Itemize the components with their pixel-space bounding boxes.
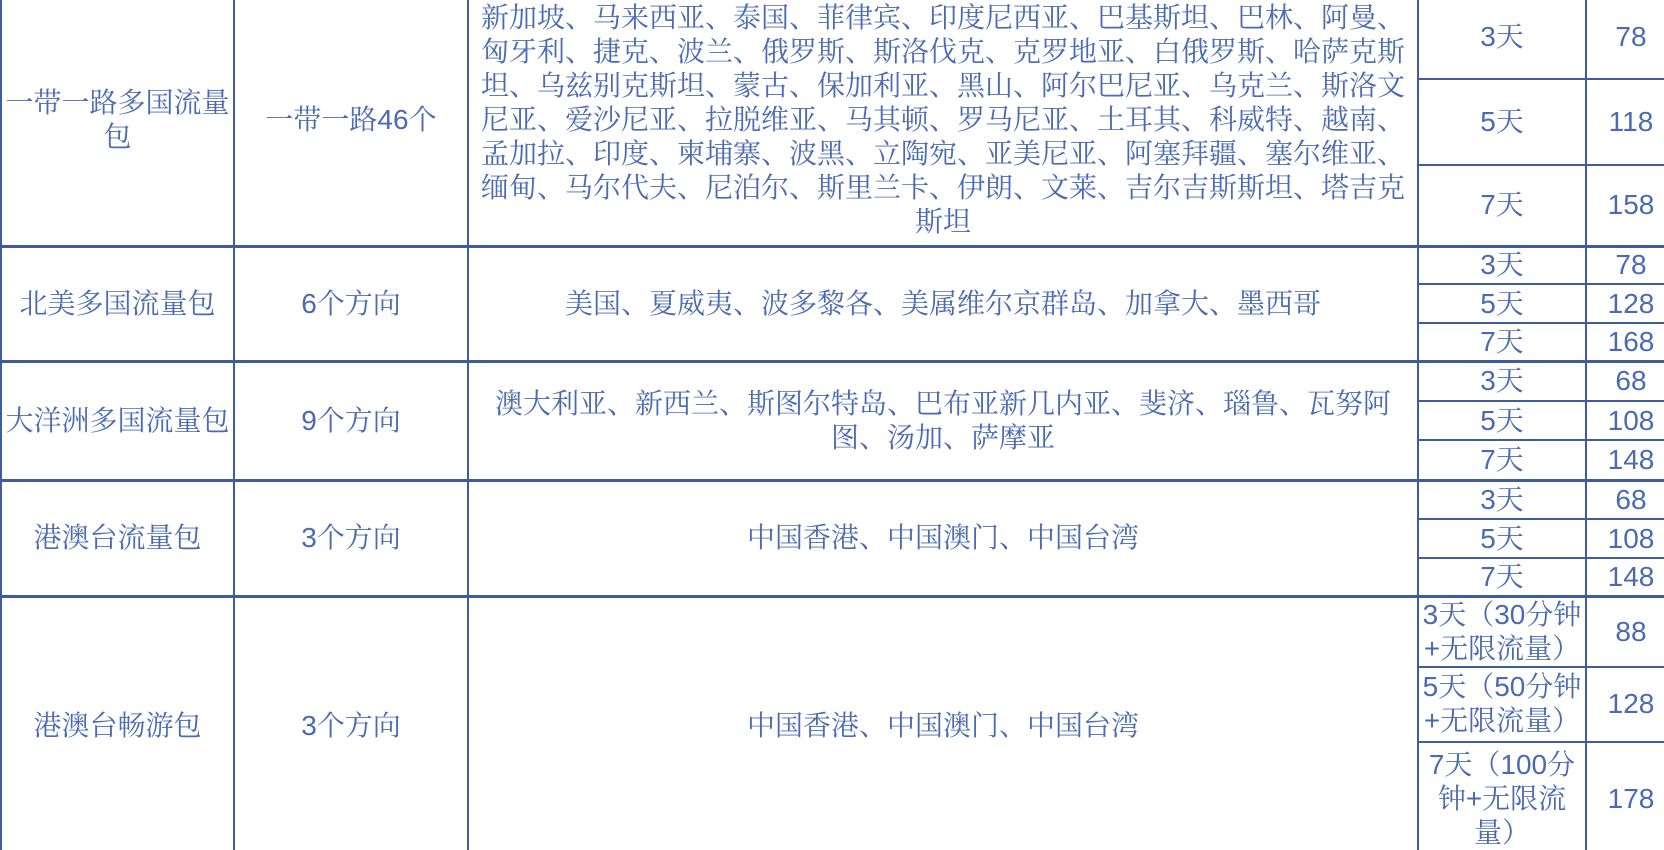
price-cell: 158 — [1586, 165, 1664, 246]
duration-cell: 3天（30分钟+无限流量） — [1418, 596, 1586, 667]
table-row: 一带一路多国流量包 一带一路46个 新加坡、马来西亚、泰国、菲律宾、印度尼西亚、… — [1, 0, 1664, 79]
package-name-cell: 大洋洲多国流量包 — [1, 361, 234, 480]
duration-cell: 5天 — [1418, 401, 1586, 440]
duration-cell: 7天 — [1418, 165, 1586, 246]
price-cell: 78 — [1586, 0, 1664, 79]
price-cell: 108 — [1586, 519, 1664, 558]
duration-cell: 3天 — [1418, 361, 1586, 401]
directions-cell: 6个方向 — [234, 246, 468, 361]
package-name-cell: 一带一路多国流量包 — [1, 0, 234, 246]
price-cell: 68 — [1586, 480, 1664, 519]
duration-cell: 7天 — [1418, 558, 1586, 596]
price-cell: 68 — [1586, 361, 1664, 401]
price-cell: 118 — [1586, 79, 1664, 165]
coverage-cell: 澳大利亚、新西兰、斯图尔特岛、巴布亚新几内亚、斐济、瑙鲁、瓦努阿图、汤加、萨摩亚 — [468, 361, 1418, 480]
duration-cell: 7天（100分钟+无限流量） — [1418, 742, 1586, 850]
coverage-cell: 新加坡、马来西亚、泰国、菲律宾、印度尼西亚、巴基斯坦、巴林、阿曼、匈牙利、捷克、… — [468, 0, 1418, 246]
package-name-cell: 北美多国流量包 — [1, 246, 234, 361]
coverage-cell: 中国香港、中国澳门、中国台湾 — [468, 596, 1418, 850]
directions-cell: 9个方向 — [234, 361, 468, 480]
price-cell: 88 — [1586, 596, 1664, 667]
duration-cell: 3天 — [1418, 246, 1586, 284]
package-name-cell: 港澳台流量包 — [1, 480, 234, 596]
price-cell: 148 — [1586, 440, 1664, 480]
directions-cell: 一带一路46个 — [234, 0, 468, 246]
coverage-cell: 中国香港、中国澳门、中国台湾 — [468, 480, 1418, 596]
duration-cell: 5天 — [1418, 284, 1586, 323]
table-row: 港澳台流量包 3个方向 中国香港、中国澳门、中国台湾 3天 68 — [1, 480, 1664, 519]
table-row: 北美多国流量包 6个方向 美国、夏威夷、波多黎各、美属维尔京群岛、加拿大、墨西哥… — [1, 246, 1664, 284]
price-cell: 148 — [1586, 558, 1664, 596]
duration-cell: 3天 — [1418, 480, 1586, 519]
duration-cell: 7天 — [1418, 323, 1586, 361]
table-row: 大洋洲多国流量包 9个方向 澳大利亚、新西兰、斯图尔特岛、巴布亚新几内亚、斐济、… — [1, 361, 1664, 401]
duration-cell: 3天 — [1418, 0, 1586, 79]
duration-cell: 5天 — [1418, 519, 1586, 558]
duration-cell: 7天 — [1418, 440, 1586, 480]
roaming-package-price-table: 一带一路多国流量包 一带一路46个 新加坡、马来西亚、泰国、菲律宾、印度尼西亚、… — [0, 0, 1664, 850]
package-name-cell: 港澳台畅游包 — [1, 596, 234, 850]
directions-cell: 3个方向 — [234, 480, 468, 596]
price-cell: 178 — [1586, 742, 1664, 850]
directions-cell: 3个方向 — [234, 596, 468, 850]
roaming-package-table-view: 一带一路多国流量包 一带一路46个 新加坡、马来西亚、泰国、菲律宾、印度尼西亚、… — [0, 0, 1664, 850]
price-cell: 78 — [1586, 246, 1664, 284]
price-cell: 128 — [1586, 284, 1664, 323]
coverage-cell: 美国、夏威夷、波多黎各、美属维尔京群岛、加拿大、墨西哥 — [468, 246, 1418, 361]
duration-cell: 5天 — [1418, 79, 1586, 165]
duration-cell: 5天（50分钟+无限流量） — [1418, 667, 1586, 742]
price-cell: 128 — [1586, 667, 1664, 742]
price-cell: 108 — [1586, 401, 1664, 440]
price-cell: 168 — [1586, 323, 1664, 361]
table-row: 港澳台畅游包 3个方向 中国香港、中国澳门、中国台湾 3天（30分钟+无限流量）… — [1, 596, 1664, 667]
